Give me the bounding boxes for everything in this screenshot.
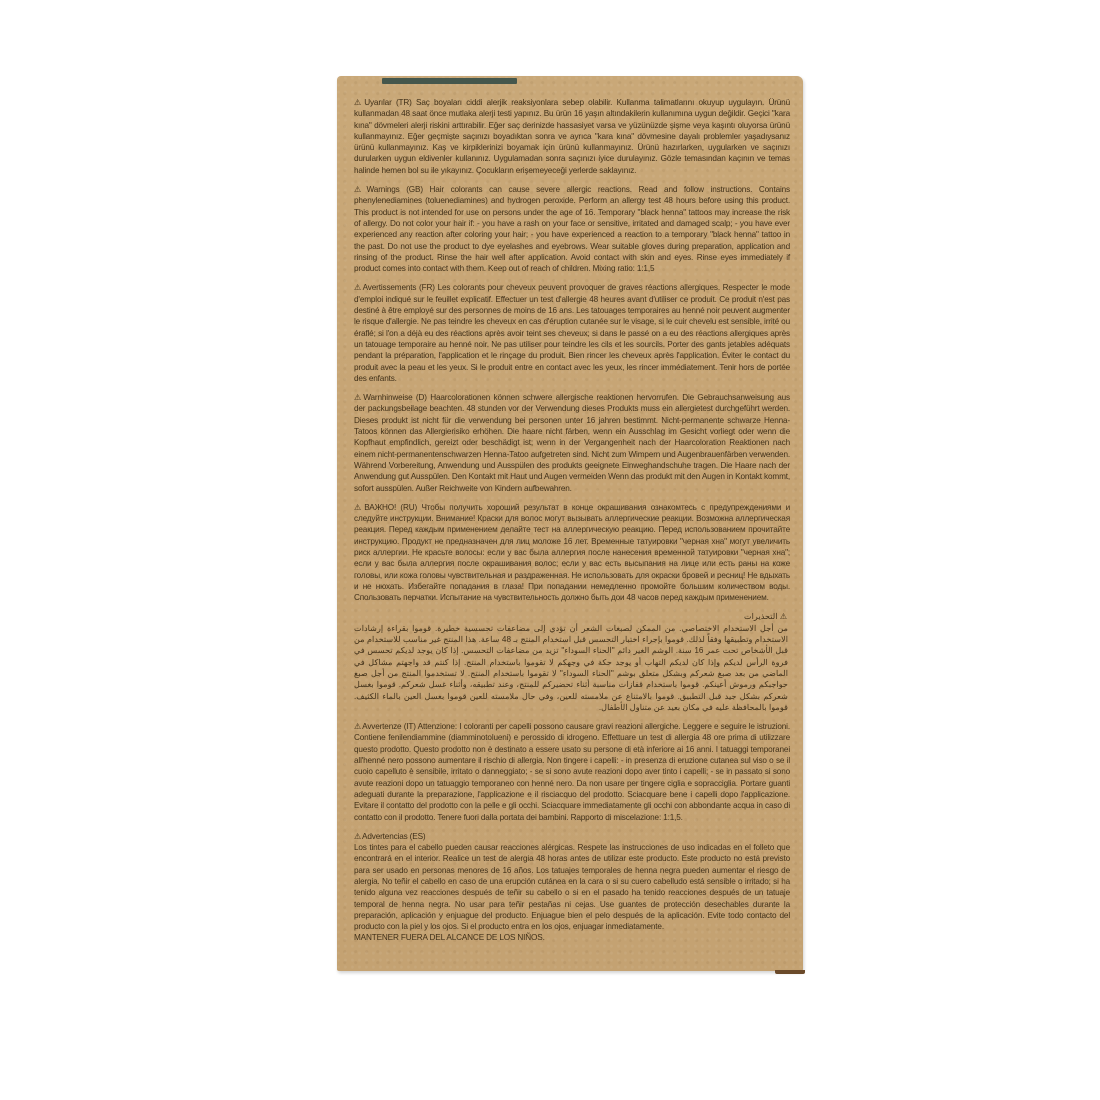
section-body: Les colorants pour cheveux peuvent provo…: [354, 283, 790, 382]
section-heading-line: ⚠ التحذيرات: [354, 611, 788, 622]
warning-section-tr: ⚠Uyarılar (TR) Saç boyaları ciddi alerji…: [354, 97, 790, 176]
section-body: Saç boyaları ciddi alerjik reaksiyonlara…: [354, 98, 790, 175]
warning-triangle-icon: ⚠: [354, 722, 361, 731]
section-footer: MANTENER FUERA DEL ALCANCE DE LOS NIÑOS.: [354, 932, 790, 943]
warning-triangle-icon: ⚠: [354, 185, 366, 194]
warning-section-ar: ⚠ التحذيرات من أجل الاستخدام الاختصاصي. …: [354, 611, 790, 713]
warning-section-gb: ⚠Warnings (GB) Hair colorants can cause …: [354, 184, 790, 274]
top-color-strip: [382, 78, 517, 84]
warning-triangle-icon: ⚠: [780, 612, 787, 621]
section-heading: التحذيرات: [744, 612, 778, 621]
warning-section-es: ⚠Advertencias (ES) Los tintes para el ca…: [354, 831, 790, 944]
warning-triangle-icon: ⚠: [354, 503, 363, 512]
warning-section-ru: ⚠ВАЖНО! (RU) Чтобы получить хороший резу…: [354, 502, 790, 604]
section-heading-line: ⚠Advertencias (ES): [354, 831, 790, 842]
section-body: Чтобы получить хороший результат в конце…: [354, 503, 790, 602]
warning-section-fr: ⚠Avertissements (FR) Les colorants pour …: [354, 282, 790, 384]
warning-triangle-icon: ⚠: [354, 98, 363, 107]
warning-triangle-icon: ⚠: [354, 393, 362, 402]
warnings-text-block: ⚠Uyarılar (TR) Saç boyaları ciddi alerji…: [354, 97, 790, 952]
section-heading: ВАЖНО! (RU): [364, 503, 417, 512]
warning-triangle-icon: ⚠: [354, 283, 362, 292]
section-heading: Warnhinweise (D): [363, 393, 427, 402]
section-body: Haarcolorationen können schwere allergis…: [354, 393, 790, 492]
section-heading: Warnings (GB): [367, 185, 423, 194]
warning-section-de: ⚠Warnhinweise (D) Haarcolorationen könne…: [354, 392, 790, 494]
section-heading: Avvertenze (IT): [362, 722, 416, 731]
section-body: Los tintes para el cabello pueden causar…: [354, 843, 790, 931]
product-box-back-panel: ⚠Uyarılar (TR) Saç boyaları ciddi alerji…: [337, 76, 803, 971]
section-heading: Uyarılar (TR): [364, 98, 412, 107]
section-body: Hair colorants can cause severe allergic…: [354, 185, 790, 273]
section-heading: Avertissements (FR): [363, 283, 435, 292]
warning-triangle-icon: ⚠: [354, 832, 361, 841]
section-heading: Advertencias (ES): [362, 832, 425, 841]
warning-section-it: ⚠Avvertenze (IT) Attenzione: I coloranti…: [354, 721, 790, 823]
section-body: Attenzione: I coloranti per capelli poss…: [354, 722, 790, 821]
section-body: من أجل الاستخدام الاختصاصي. من الممكن لص…: [354, 624, 788, 712]
